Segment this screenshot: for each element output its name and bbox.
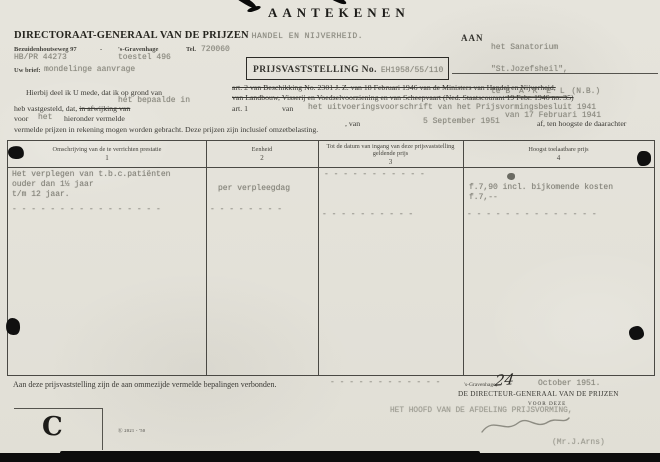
- ink-smudge: [507, 173, 515, 180]
- addressee-line1: het Sanatorium: [491, 42, 600, 53]
- struck-text: in afwijking van: [79, 104, 130, 113]
- row-old-price: - - - - - - - - - - -: [324, 170, 425, 180]
- body-line2: heb vastgesteld, dat, in afwijking van: [14, 104, 130, 113]
- conditions-text: Aan deze prijsvaststelling zijn de aan o…: [13, 380, 276, 389]
- your-letter-label: Uw brief:: [14, 67, 41, 74]
- row-max-price: f.7,90 incl. bijkomende kosten f.7,--: [469, 183, 651, 203]
- legal-art2-line2: van Landbouw, Visserij en Voedselvoorzie…: [232, 93, 574, 102]
- form-letter-c: C: [42, 412, 63, 442]
- column-border: [206, 141, 207, 375]
- ink-blot: [637, 151, 651, 166]
- tel-number: 720060: [201, 45, 230, 54]
- org-name: DIRECTORAAT-GENERAAL VAN DE PRIJZEN: [14, 30, 249, 41]
- corner-bracket-vertical: [102, 408, 103, 450]
- scanned-document: { "registered_label": "AANTEKENEN", "hea…: [0, 0, 660, 462]
- aan-label: AAN: [461, 33, 484, 43]
- column-border: [463, 141, 464, 375]
- your-letter-value: mondelinge aanvrage: [44, 65, 135, 74]
- corner-bracket-horizontal: [14, 408, 102, 409]
- print-code: Ⓚ 2021 - '50: [118, 428, 145, 434]
- separator-dash: -: [100, 46, 102, 53]
- body-line4: vermelde prijzen in rekening mogen worde…: [14, 125, 318, 134]
- print-symbol-icon: Ⓚ: [118, 428, 123, 433]
- title-label: PRIJSVASTSTELLING No.: [253, 65, 377, 75]
- body-line3-pre: voor: [14, 114, 28, 123]
- handwritten-day: 24: [494, 370, 516, 390]
- reference-number: HB/PR 44273: [14, 53, 67, 62]
- row-description: Het verplegen van t.b.c.patiënten ouder …: [12, 170, 202, 200]
- column-header-max-price: Hoogst toelaatbare prijs 4: [463, 141, 654, 167]
- letterhead: DIRECTORAAT-GENERAAL VAN DE PRIJZEN HAND…: [14, 30, 363, 41]
- ink-blot: [629, 326, 644, 340]
- signature: [478, 412, 573, 438]
- dash-row-col3: - - - - - - - - - -: [322, 210, 413, 220]
- column-header-old-price: Tot de datum van ingang van deze prijsva…: [318, 141, 463, 167]
- column-header-unit: Eenheid 2: [206, 141, 318, 167]
- city-label: 's-Gravenhage: [118, 46, 158, 53]
- tel-label: Tel.: [186, 46, 196, 53]
- title-number: EH1958/55/110: [381, 66, 443, 75]
- scan-edge: [60, 451, 480, 455]
- addressee-line2: "St.Jozefsheil",: [491, 64, 600, 75]
- street-address: Bezuidenhoutseweg 97: [14, 46, 77, 53]
- legal-date-typed: 5 September 1951: [423, 117, 500, 126]
- conditions-dashes: - - - - - - - - - - - -: [330, 378, 440, 387]
- legal-af-text: af, ten hoogste de daarachter: [537, 119, 626, 128]
- column-header-description: Omschrijving van de te verrichten presta…: [8, 141, 206, 167]
- legal-van-label: van: [282, 104, 293, 113]
- signer-name-typed: (Mr.J.Arns): [552, 438, 605, 447]
- date-typed: October 1951.: [538, 379, 600, 388]
- row-unit: per verpleegdag: [218, 184, 290, 194]
- header-separator: [8, 167, 654, 168]
- phone-extension: toestel 496: [118, 53, 171, 62]
- ink-blot: [5, 317, 21, 335]
- dash-row-col4: - - - - - - - - - - - - - -: [467, 210, 597, 220]
- price-determination-title-box: PRIJSVASTSTELLING No. EH1958/55/110: [246, 57, 449, 80]
- dash-row-col1: - - - - - - - - - - - - - - - -: [12, 205, 161, 215]
- column-border: [318, 141, 319, 375]
- body-line3-typed: het: [38, 113, 52, 122]
- registered-mail-label: AANTEKENEN: [268, 5, 410, 21]
- director-general-line: DE DIRECTEUR-GENERAAL VAN DE PRIJZEN: [458, 390, 619, 398]
- price-table: Omschrijving van de te verrichten presta…: [7, 140, 655, 376]
- body-line3-post: hieronder vermelde: [64, 114, 125, 123]
- place-label: 's-Gravenhage,: [464, 382, 497, 388]
- org-typed-overlay: HANDEL EN NIJVERHEID.: [252, 32, 363, 41]
- legal-art2-line1: art. 2 van Beschikking No. 2301 J. Z. va…: [232, 83, 556, 92]
- dash-row-col2: - - - - - - - -: [210, 205, 282, 215]
- legal-comma-van: , van: [345, 119, 360, 128]
- legal-art1-label: art. 1: [232, 104, 248, 113]
